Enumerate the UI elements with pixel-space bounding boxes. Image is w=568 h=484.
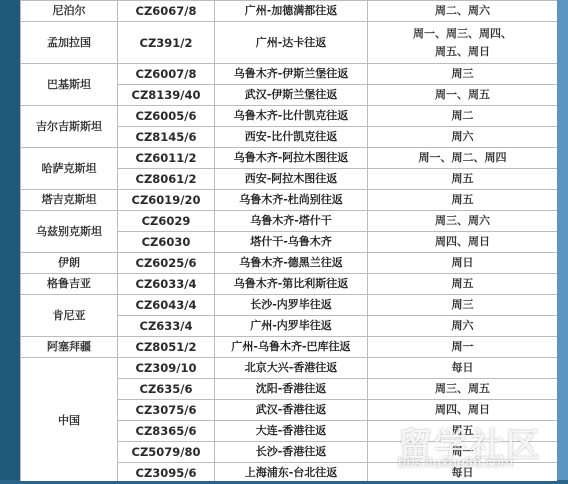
flight-number-cell: CZ8365/6 (118, 421, 215, 442)
schedule-cell: 周五 (368, 169, 558, 190)
schedule-line: 周五、周日 (368, 45, 557, 59)
schedule-cell: 周一、周五 (368, 85, 558, 106)
schedule-cell: 周一、周三、周四、 周五、周日 (368, 22, 558, 64)
flight-number-cell: CZ309/10 (118, 358, 215, 379)
route-cell: 沈阳-香港往返 (215, 379, 368, 400)
route-cell: 西安-比什凯克往返 (215, 127, 368, 148)
schedule-cell: 周五 (368, 274, 558, 295)
flight-number-cell: CZ3095/6 (118, 463, 215, 482)
route-cell: 乌鲁木齐-比什凯克往返 (215, 106, 368, 127)
flight-number-cell: CZ635/6 (118, 379, 215, 400)
schedule-cell: 周四、周日 (368, 232, 558, 253)
schedule-line: 周一、周三、周四、 (368, 27, 557, 41)
table-row: 哈萨克斯坦 CZ6011/2 乌鲁木齐-阿拉木图往返 周一、周二、周四 (21, 148, 558, 169)
route-cell: 乌鲁木齐-塔什干 (215, 211, 368, 232)
flight-number-cell: CZ8145/6 (118, 127, 215, 148)
table-row: 伊朗 CZ6025/6 乌鲁木齐-德黑兰往返 周日 (21, 253, 558, 274)
flight-number-cell: CZ6029 (118, 211, 215, 232)
schedule-cell: 周四、周日 (368, 400, 558, 421)
route-cell: 上海浦东-台北往返 (215, 463, 368, 482)
route-cell: 乌鲁木齐-德黑兰往返 (215, 253, 368, 274)
flight-number-cell: CZ3075/6 (118, 400, 215, 421)
flight-schedule-table: 尼泊尔 CZ6067/8 广州-加德满都往返 周二、周六 孟加拉国 CZ391/… (20, 0, 557, 481)
table-row: 尼泊尔 CZ6067/8 广州-加德满都往返 周二、周六 (21, 1, 558, 22)
table-row: 乌兹别克斯坦 CZ6029 乌鲁木齐-塔什干 周三、周六 (21, 211, 558, 232)
country-cell: 伊朗 (21, 253, 118, 274)
flight-number-cell: CZ6005/6 (118, 106, 215, 127)
country-cell: 吉尔吉斯斯坦 (21, 106, 118, 148)
flight-schedule-table-container: 尼泊尔 CZ6067/8 广州-加德满都往返 周二、周六 孟加拉国 CZ391/… (20, 0, 557, 481)
schedule-cell: 周五 (368, 421, 558, 442)
flight-number-cell: CZ6025/6 (118, 253, 215, 274)
schedule-cell: 周二、周六 (368, 1, 558, 22)
country-cell: 阿塞拜疆 (21, 337, 118, 358)
route-cell: 长沙-香港往返 (215, 442, 368, 463)
frame-left (0, 0, 20, 484)
route-cell: 武汉-伊斯兰堡往返 (215, 85, 368, 106)
route-cell: 西安-阿拉木图往返 (215, 169, 368, 190)
country-cell: 乌兹别克斯坦 (21, 211, 118, 253)
route-cell: 乌鲁木齐-第比利斯往返 (215, 274, 368, 295)
country-cell: 尼泊尔 (21, 1, 118, 22)
flight-number-cell: CZ6033/4 (118, 274, 215, 295)
schedule-cell: 每日 (368, 358, 558, 379)
flight-number-cell: CZ633/4 (118, 316, 215, 337)
flight-number-cell: CZ6019/20 (118, 190, 215, 211)
flight-number-cell: CZ5079/80 (118, 442, 215, 463)
schedule-cell: 周六 (368, 316, 558, 337)
country-cell: 肯尼亚 (21, 295, 118, 337)
table-row: 肯尼亚 CZ6043/4 长沙-内罗毕往返 周三 (21, 295, 558, 316)
country-cell: 格鲁吉亚 (21, 274, 118, 295)
route-cell: 武汉-香港往返 (215, 400, 368, 421)
schedule-cell: 周一 (368, 442, 558, 463)
schedule-cell: 周五 (368, 190, 558, 211)
country-cell: 孟加拉国 (21, 22, 118, 64)
flight-number-cell: CZ8061/2 (118, 169, 215, 190)
table-row: 格鲁吉亚 CZ6033/4 乌鲁木齐-第比利斯往返 周五 (21, 274, 558, 295)
table-row: 塔吉克斯坦 CZ6019/20 乌鲁木齐-杜尚别往返 周五 (21, 190, 558, 211)
table-row: 巴基斯坦 CZ6007/8 乌鲁木齐-伊斯兰堡往返 周三 (21, 64, 558, 85)
route-cell: 广州-乌鲁木齐-巴库往返 (215, 337, 368, 358)
route-cell: 北京大兴-香港往返 (215, 358, 368, 379)
route-cell: 广州-加德满都往返 (215, 1, 368, 22)
country-cell: 中国 (21, 358, 118, 482)
schedule-cell: 周一、周二、周四 (368, 148, 558, 169)
flight-number-cell: CZ6067/8 (118, 1, 215, 22)
route-cell: 广州-内罗毕往返 (215, 316, 368, 337)
table-row: 吉尔吉斯斯坦 CZ6005/6 乌鲁木齐-比什凯克往返 周二 (21, 106, 558, 127)
route-cell: 长沙-内罗毕往返 (215, 295, 368, 316)
country-cell: 巴基斯坦 (21, 64, 118, 106)
flight-number-cell: CZ8139/40 (118, 85, 215, 106)
schedule-cell: 周三、周六 (368, 211, 558, 232)
route-cell: 乌鲁木齐-阿拉木图往返 (215, 148, 368, 169)
flight-number-cell: CZ6007/8 (118, 64, 215, 85)
schedule-cell: 每日 (368, 463, 558, 482)
table-row: 中国 CZ309/10 北京大兴-香港往返 每日 (21, 358, 558, 379)
schedule-cell: 周三、周五 (368, 379, 558, 400)
country-cell: 塔吉克斯坦 (21, 190, 118, 211)
schedule-cell: 周二 (368, 106, 558, 127)
route-cell: 广州-达卡往返 (215, 22, 368, 64)
frame-right (557, 0, 568, 484)
schedule-cell: 周一 (368, 337, 558, 358)
route-cell: 大连-香港往返 (215, 421, 368, 442)
flight-number-cell: CZ6011/2 (118, 148, 215, 169)
flight-number-cell: CZ391/2 (118, 22, 215, 64)
country-cell: 哈萨克斯坦 (21, 148, 118, 190)
schedule-cell: 周六 (368, 127, 558, 148)
flight-number-cell: CZ8051/2 (118, 337, 215, 358)
schedule-cell: 周三 (368, 64, 558, 85)
flight-number-cell: CZ6030 (118, 232, 215, 253)
route-cell: 乌鲁木齐-杜尚别往返 (215, 190, 368, 211)
route-cell: 塔什干-乌鲁木齐 (215, 232, 368, 253)
table-row: 孟加拉国 CZ391/2 广州-达卡往返 周一、周三、周四、 周五、周日 (21, 22, 558, 64)
schedule-cell: 周三 (368, 295, 558, 316)
table-row: 阿塞拜疆 CZ8051/2 广州-乌鲁木齐-巴库往返 周一 (21, 337, 558, 358)
route-cell: 乌鲁木齐-伊斯兰堡往返 (215, 64, 368, 85)
flight-number-cell: CZ6043/4 (118, 295, 215, 316)
schedule-cell: 周日 (368, 253, 558, 274)
